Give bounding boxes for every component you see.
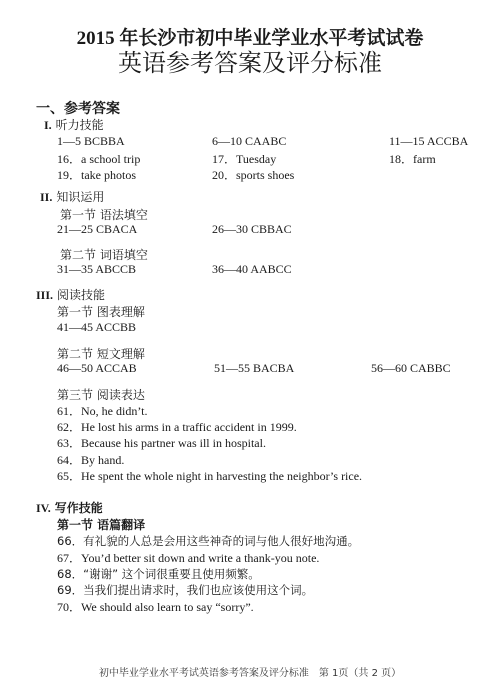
answer-56-60: 56—60 CABBC (371, 361, 451, 376)
section-title: 知识运用 (56, 190, 104, 204)
subsection-chart-comprehension: 第一节 图表理解 (57, 303, 145, 320)
answer-36-40: 36—40 AABCC (212, 262, 292, 277)
answer-67: 67．You’d better sit down and write a tha… (57, 549, 319, 566)
section-title: 写作技能 (55, 501, 103, 515)
answer-19: 19．take photos (57, 166, 136, 183)
answer-46-50: 46—50 ACCAB (57, 361, 137, 376)
answer-20: 20．sports shoes (212, 166, 294, 183)
section-numeral: II. (40, 190, 52, 204)
section-i-heading: I.听力技能 (44, 116, 104, 133)
subsection-passage-translation: 第一节 语篇翻译 (57, 516, 145, 533)
answer-41-45: 41—45 ACCBB (57, 320, 136, 335)
answer-16: 16．a school trip (57, 150, 140, 167)
subsection-word-fill: 第二节 词语填空 (60, 246, 148, 263)
section-numeral: I. (44, 118, 52, 132)
subsection-reading-expression: 第三节 阅读表达 (57, 386, 145, 403)
section-iii-heading: III.阅读技能 (36, 286, 105, 303)
answer-17: 17．Tuesday (212, 150, 276, 167)
answer-62: 62．He lost his arms in a traffic acciden… (57, 418, 297, 435)
answer-11-15: 11—15 ACCBA (389, 134, 468, 149)
answer-1-5: 1—5 BCBBA (57, 134, 125, 149)
answer-70: 70．We should also learn to say “sorry”. (57, 598, 254, 615)
subsection-grammar-fill: 第一节 语法填空 (60, 206, 148, 223)
answer-18: 18．farm (389, 150, 436, 167)
document-subtitle: 英语参考答案及评分标准 (0, 43, 500, 78)
section-title: 听力技能 (56, 118, 104, 132)
answer-63: 63．Because his partner was ill in hospit… (57, 434, 266, 451)
answer-65: 65．He spent the whole night in harvestin… (57, 467, 362, 484)
answer-6-10: 6—10 CAABC (212, 134, 286, 149)
answer-66: 66．有礼貌的人总是会用这些神奇的词与他人很好地沟通。 (57, 533, 359, 549)
section-title: 阅读技能 (57, 288, 105, 302)
section-ii-heading: II.知识运用 (40, 188, 104, 205)
answer-68: 68．“谢谢” 这个词很重要且使用频繁。 (57, 566, 260, 582)
answer-61: 61．No, he didn’t. (57, 402, 147, 419)
section-iv-heading: IV.写作技能 (36, 499, 103, 516)
answer-69: 69．当我们提出请求时，我们也应该使用这个词。 (57, 582, 313, 598)
answer-21-25: 21—25 CBACA (57, 222, 137, 237)
answer-51-55: 51—55 BACBA (214, 361, 294, 376)
answer-26-30: 26—30 CBBAC (212, 222, 292, 237)
answer-31-35: 31—35 ABCCB (57, 262, 136, 277)
answer-64: 64．By hand. (57, 451, 124, 468)
part-heading: 一、参考答案 (36, 98, 120, 118)
page-footer: 初中毕业学业水平考试英语参考答案及评分标准 第 1页（共 2 页） (0, 664, 500, 679)
section-numeral: III. (36, 288, 53, 302)
subsection-reading-comprehension: 第二节 短文理解 (57, 345, 145, 362)
section-numeral: IV. (36, 501, 51, 515)
